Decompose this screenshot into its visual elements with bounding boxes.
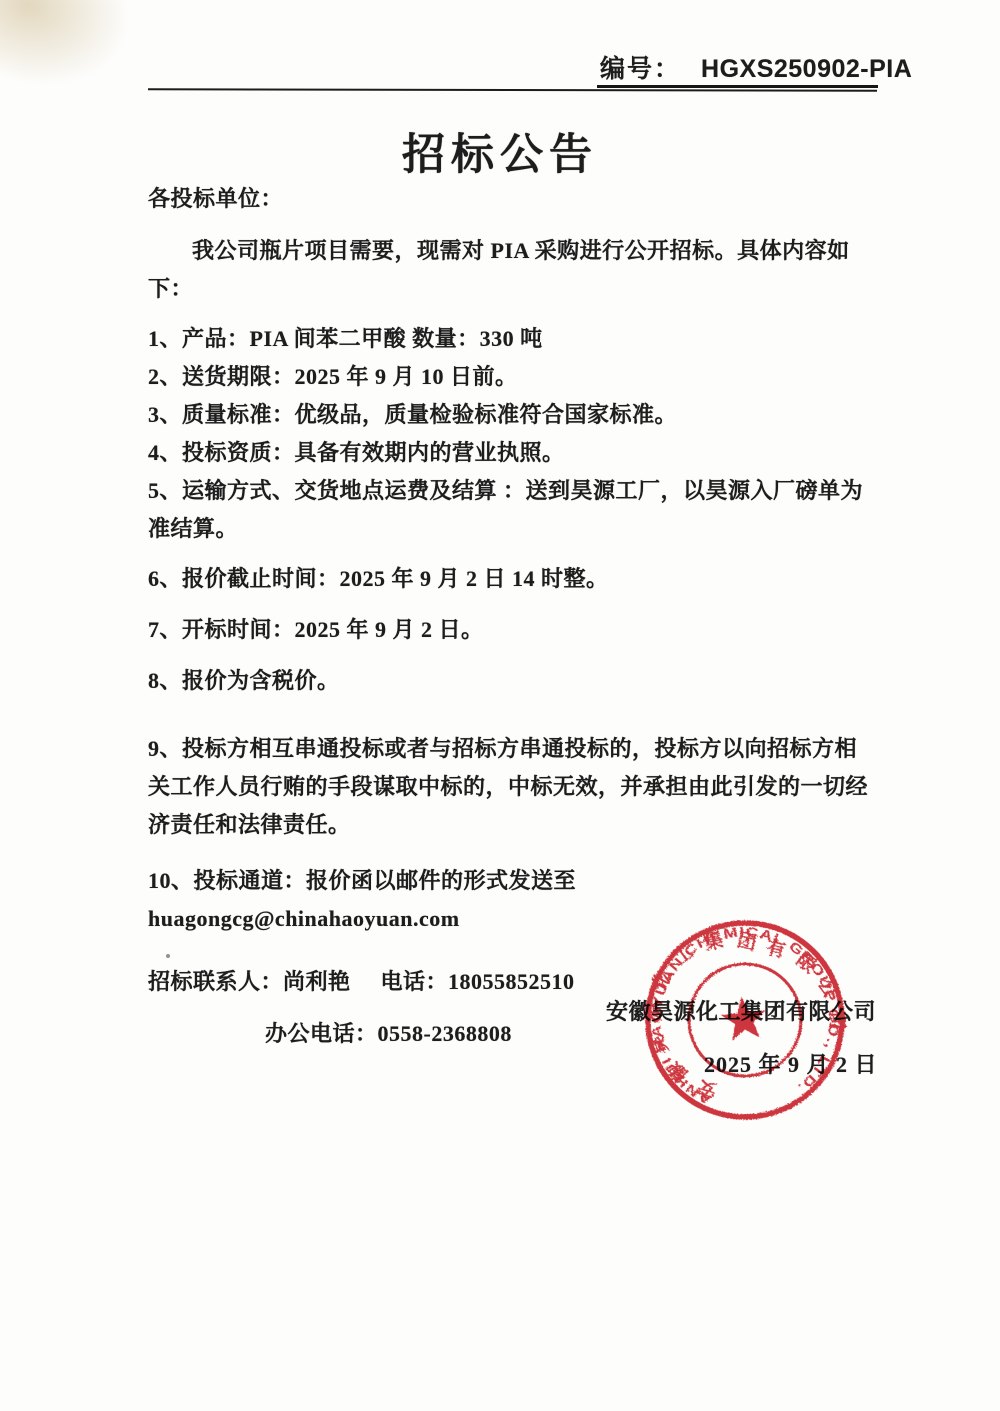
list-item-9: 9、投标方相互串通投标或者与招标方串通投标的，投标方以向招标方相关工作人员行贿的… [148, 730, 876, 844]
salutation: 各投标单位： [148, 180, 876, 218]
contact-phone-number: 18055852510 [448, 969, 575, 994]
list-item-2: 2、送货期限：2025 年 9 月 10 日前。 [148, 358, 876, 396]
contact-phone-label: 电话： [381, 969, 449, 994]
list-item-1: 1、产品：PIA 间苯二甲酸 数量：330 吨 [148, 320, 876, 358]
office-phone-number: 0558-2368808 [378, 1021, 512, 1046]
doc-number-value: HGXS250902-PIA [701, 55, 912, 84]
list-item-7: 7、开标时间：2025 年 9 月 2 日。 [148, 611, 876, 649]
seal-star-icon [721, 996, 767, 1040]
contact-person-name: 尚利艳 [283, 969, 351, 994]
list-item-8: 8、报价为含税价。 [148, 662, 876, 700]
intro-paragraph: 我公司瓶片项目需要，现需对 PIA 采购进行公开招标。具体内容如下： [148, 232, 876, 308]
page-title: 招标公告 [0, 121, 1000, 182]
list-item-5: 5、运输方式、交货地点运费及结算 ：送到昊源工厂，以昊源入厂磅单为准结算。 [148, 472, 876, 548]
doc-number-underline [597, 85, 878, 88]
office-phone-label: 办公电话： [265, 1021, 378, 1046]
list-item-6: 6、报价截止时间：2025 年 9 月 2 日 14 时整。 [148, 560, 876, 598]
doc-number-label: 编号： [600, 49, 681, 85]
tender-announcement-page: 编号： HGXS250902-PIA 招标公告 各投标单位： 我公司瓶片项目需要… [0, 0, 1000, 1411]
company-seal: ANHUI HAOYUAN CHEMICAL GROUP CO., LTD. 安… [629, 904, 862, 1137]
doc-number: 编号： HGXS250902-PIA [600, 49, 912, 85]
list-item-4: 4、投标资质：具备有效期内的营业执照。 [148, 434, 876, 472]
contact-person-label: 招标联系人： [148, 969, 283, 994]
list-item-3: 3、质量标准：优级品，质量检验标准符合国家标准。 [148, 396, 876, 434]
paper-smudge [0, 0, 141, 112]
header-rule [148, 88, 877, 92]
